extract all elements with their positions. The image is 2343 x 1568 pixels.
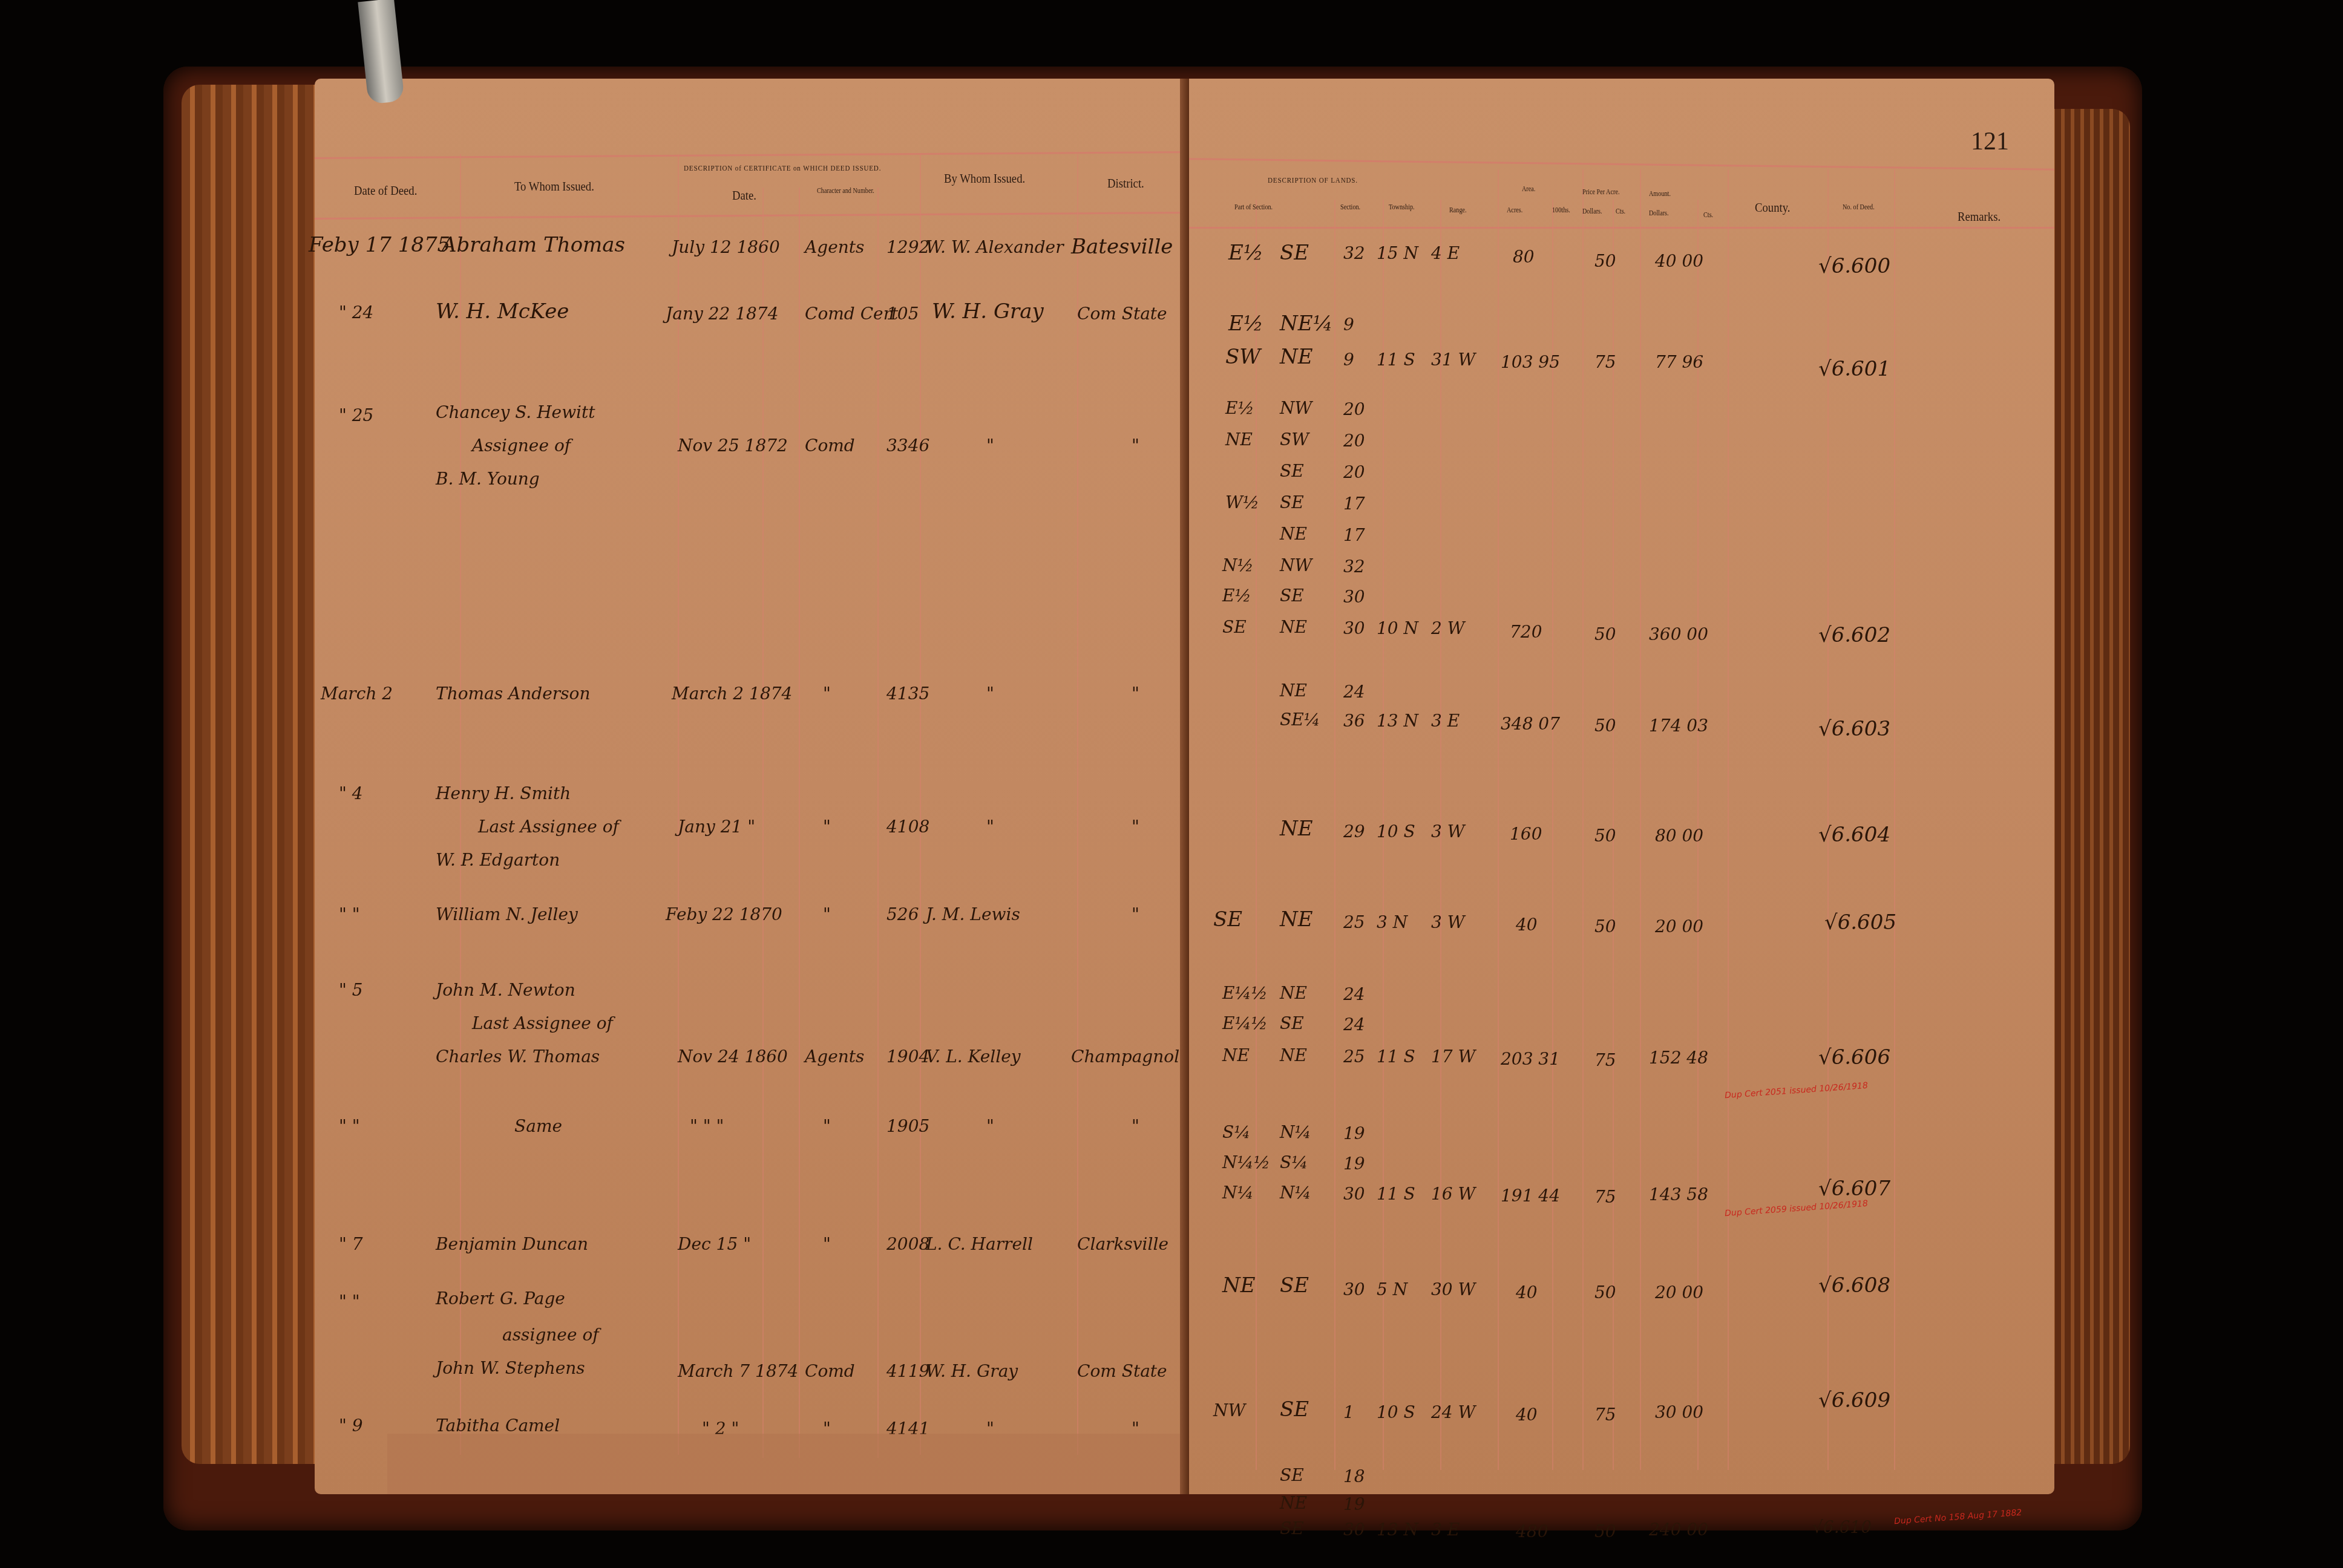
land-section: 25 bbox=[1343, 1047, 1365, 1067]
entry-number: 4119 bbox=[886, 1361, 929, 1381]
land-quarter: SE bbox=[1280, 241, 1309, 265]
land-township: 5 N bbox=[1377, 1279, 1407, 1299]
land-section: 29 bbox=[1343, 822, 1365, 841]
left-page: Date of Deed. To Whom Issued. DESCRIPTIO… bbox=[315, 79, 1186, 1494]
entry-number: 1905 bbox=[886, 1116, 929, 1136]
entry-grantee: Thomas Anderson bbox=[436, 684, 590, 704]
land-amount: 174 03 bbox=[1649, 716, 1708, 736]
land-amount: 152 48 bbox=[1649, 1048, 1708, 1068]
land-quarter: NE bbox=[1280, 617, 1307, 637]
land-part: SE bbox=[1222, 617, 1247, 637]
entry-by-whom: " bbox=[986, 817, 994, 837]
entry-assignor: W. P. Edgarton bbox=[436, 850, 560, 870]
entry-district: " bbox=[1132, 817, 1139, 837]
entry-district: " bbox=[1132, 1116, 1139, 1136]
entry-grantee: Tabitha Camel bbox=[436, 1416, 560, 1436]
land-township: 11 S bbox=[1377, 1184, 1415, 1204]
land-range: 4 E bbox=[1431, 243, 1460, 263]
land-section: 19 bbox=[1343, 1154, 1365, 1174]
column-rule bbox=[678, 154, 679, 1455]
land-range: 31 W bbox=[1431, 350, 1475, 370]
entry-date: " " bbox=[339, 1292, 360, 1312]
land-section: 20 bbox=[1343, 462, 1365, 482]
land-part: E¼½ bbox=[1222, 1013, 1268, 1033]
column-rule bbox=[877, 188, 879, 1458]
header-date-of-deed: Date of Deed. bbox=[354, 183, 417, 198]
land-township: 10 S bbox=[1377, 822, 1415, 841]
land-part: E½ bbox=[1228, 241, 1263, 265]
land-section: 30 bbox=[1343, 587, 1365, 607]
entry-date: " 4 bbox=[339, 783, 363, 803]
land-price: 50 bbox=[1594, 1282, 1616, 1302]
deed-number: √6.607 bbox=[1818, 1177, 1890, 1201]
entry-assignor: B. M. Young bbox=[436, 469, 540, 489]
entry-number: 526 bbox=[886, 904, 919, 924]
folded-page-corner bbox=[387, 1434, 1186, 1494]
land-section: 25 bbox=[1343, 912, 1365, 932]
land-section: 17 bbox=[1343, 494, 1365, 514]
land-amount: 143 58 bbox=[1649, 1184, 1708, 1204]
land-price: 50 bbox=[1594, 916, 1616, 936]
land-part: W½ bbox=[1225, 492, 1259, 512]
land-part: N¼ bbox=[1222, 1183, 1254, 1203]
land-acres: 191 44 bbox=[1501, 1186, 1560, 1206]
land-range: 3 W bbox=[1431, 822, 1465, 841]
entry-grantee: Benjamin Duncan bbox=[436, 1234, 588, 1254]
land-part: E¼½ bbox=[1222, 983, 1268, 1003]
deed-number: √6.606 bbox=[1818, 1045, 1890, 1070]
entry-district: " bbox=[1132, 684, 1139, 704]
land-amount: 360 00 bbox=[1649, 624, 1708, 644]
land-amount: 40 00 bbox=[1655, 251, 1703, 271]
entry-grantee: Chancey S. Hewitt bbox=[436, 402, 595, 422]
entry-date: Feby 17 1875 bbox=[309, 233, 450, 257]
land-section: 30 bbox=[1343, 1520, 1365, 1540]
entry-district: Batesville bbox=[1071, 235, 1173, 259]
land-section: 24 bbox=[1343, 1014, 1365, 1034]
entry-district: Com State bbox=[1077, 1361, 1167, 1381]
land-quarter: NE bbox=[1280, 345, 1313, 369]
entry-by-whom: " bbox=[986, 684, 994, 704]
column-rule bbox=[1077, 154, 1078, 1455]
entry-cert-date: Nov 24 1860 bbox=[678, 1047, 788, 1067]
entry-date: March 2 bbox=[321, 684, 393, 704]
header-cert-date: Date. bbox=[732, 188, 756, 203]
land-quarter: NW bbox=[1280, 555, 1312, 575]
land-price: 75 bbox=[1594, 352, 1616, 372]
entry-assignee-label: Assignee of bbox=[472, 436, 571, 456]
deed-number-value: 6.601 bbox=[1832, 357, 1890, 381]
entry-number: 1292 bbox=[886, 237, 929, 257]
land-quarter: SE bbox=[1280, 1518, 1304, 1538]
land-township: 11 S bbox=[1377, 1047, 1415, 1067]
entry-cert-date: Nov 25 1872 bbox=[678, 436, 788, 456]
land-quarter: SE¼ bbox=[1280, 710, 1320, 730]
entry-assignor: John W. Stephens bbox=[436, 1358, 585, 1378]
entry-date: " 5 bbox=[339, 980, 363, 1000]
land-section: 36 bbox=[1343, 711, 1365, 731]
land-quarter: SE bbox=[1280, 492, 1304, 512]
land-section: 18 bbox=[1343, 1466, 1365, 1486]
entry-cert-date: Jany 21 " bbox=[678, 817, 755, 837]
entry-character: " bbox=[823, 1234, 831, 1254]
deed-number-value: 6.605 bbox=[1838, 910, 1896, 935]
entry-assignee-label: assignee of bbox=[502, 1325, 599, 1345]
entry-cert-date: July 12 1860 bbox=[672, 237, 780, 257]
entry-grantee: Same bbox=[514, 1116, 562, 1136]
entry-by-whom: L. C. Harrell bbox=[926, 1234, 1033, 1254]
entry-by-whom: J. M. Lewis bbox=[926, 904, 1020, 924]
land-section: 24 bbox=[1343, 682, 1365, 702]
land-range: 30 W bbox=[1431, 1279, 1475, 1299]
land-acres: 348 07 bbox=[1501, 714, 1560, 734]
land-part: N¼½ bbox=[1222, 1152, 1270, 1172]
land-acres: 103 95 bbox=[1501, 352, 1560, 372]
land-township: 13 N bbox=[1377, 1520, 1418, 1540]
land-section: 9 bbox=[1343, 315, 1354, 335]
entry-character: Agents bbox=[805, 1047, 864, 1067]
land-township: 15 N bbox=[1377, 243, 1418, 263]
land-amount: 20 00 bbox=[1655, 916, 1703, 936]
entry-character: " bbox=[823, 904, 831, 924]
header-character-number: Character and Number. bbox=[817, 186, 874, 195]
land-price: 50 bbox=[1594, 716, 1616, 736]
land-section: 1 bbox=[1343, 1402, 1354, 1422]
entry-by-whom: " bbox=[986, 436, 994, 456]
page-edges-right bbox=[2045, 109, 2130, 1464]
entry-date: " 7 bbox=[339, 1234, 363, 1254]
land-acres: 480 bbox=[1516, 1521, 1548, 1541]
entry-character: " bbox=[823, 1116, 831, 1136]
land-amount: 77 96 bbox=[1655, 352, 1703, 372]
land-range: 3 W bbox=[1431, 912, 1465, 932]
land-acres: 720 bbox=[1510, 622, 1542, 642]
land-quarter: NE¼ bbox=[1280, 312, 1333, 336]
entry-district: " bbox=[1132, 436, 1139, 456]
deed-number-value: 6.609 bbox=[1832, 1388, 1890, 1413]
header-certificate-group: DESCRIPTION of CERTIFICATE on WHICH DEED… bbox=[684, 163, 881, 173]
entry-character: Agents bbox=[805, 237, 864, 257]
land-range: 17 W bbox=[1431, 1047, 1475, 1067]
entry-date: " " bbox=[339, 1116, 360, 1136]
land-section: 30 bbox=[1343, 1184, 1365, 1204]
entry-grantee: W. H. McKee bbox=[436, 299, 569, 324]
entry-district: " bbox=[1132, 904, 1139, 924]
land-price: 75 bbox=[1594, 1187, 1616, 1207]
land-part: E½ bbox=[1222, 586, 1251, 606]
land-quarter: SE bbox=[1280, 1465, 1304, 1485]
land-price: 75 bbox=[1594, 1050, 1616, 1070]
land-township: 11 S bbox=[1377, 350, 1415, 370]
entry-character: Comd bbox=[805, 1361, 855, 1381]
land-quarter: SE bbox=[1280, 586, 1304, 606]
land-section: 19 bbox=[1343, 1123, 1365, 1143]
land-section: 20 bbox=[1343, 431, 1365, 451]
land-township: 3 N bbox=[1377, 912, 1407, 932]
land-township: 10 S bbox=[1377, 1402, 1415, 1422]
land-price: 50 bbox=[1594, 1521, 1616, 1541]
land-quarter: SE bbox=[1280, 1273, 1309, 1298]
land-quarter: NE bbox=[1280, 1045, 1307, 1065]
header-by-whom-issued: By Whom Issued. bbox=[944, 171, 1025, 186]
land-part: NE bbox=[1222, 1045, 1250, 1065]
land-amount: 80 00 bbox=[1655, 826, 1703, 846]
entry-cert-date: March 2 1874 bbox=[672, 684, 792, 704]
land-quarter: NE bbox=[1280, 817, 1313, 841]
land-quarter: NW bbox=[1280, 398, 1312, 418]
entry-assignee-label: Last Assignee of bbox=[472, 1013, 613, 1033]
deed-number-value: 6.607 bbox=[1832, 1177, 1890, 1201]
land-section: 32 bbox=[1343, 243, 1365, 263]
page-edges-left bbox=[182, 85, 321, 1464]
land-section: 19 bbox=[1343, 1494, 1365, 1514]
land-section: 24 bbox=[1343, 984, 1365, 1004]
deed-number: √6.602 bbox=[1818, 623, 1890, 647]
deed-number: √6.610 bbox=[1812, 1517, 1872, 1537]
land-part: NW bbox=[1213, 1400, 1245, 1420]
entry-number: 2008 bbox=[886, 1234, 929, 1254]
entry-number: 4135 bbox=[886, 684, 929, 704]
entry-grantee: Henry H. Smith bbox=[436, 783, 571, 803]
deed-number: √6.608 bbox=[1818, 1273, 1890, 1298]
entry-by-whom: V. L. Kelley bbox=[926, 1047, 1021, 1067]
right-page: 121 DESCRIPTION OF LANDS. Part of Sectio… bbox=[1189, 79, 2054, 1494]
land-price: 75 bbox=[1594, 1405, 1616, 1425]
land-part: SE bbox=[1213, 907, 1242, 932]
land-part: E½ bbox=[1228, 312, 1263, 336]
land-quarter: NE bbox=[1280, 524, 1307, 544]
entry-by-whom: " bbox=[986, 1116, 994, 1136]
deed-number-value: 6.600 bbox=[1832, 254, 1890, 278]
land-section: 17 bbox=[1343, 525, 1365, 545]
land-quarter: NE bbox=[1280, 681, 1307, 701]
land-quarter: SW bbox=[1280, 430, 1309, 449]
land-quarter: NE bbox=[1280, 983, 1307, 1003]
deed-number-value: 6.603 bbox=[1832, 717, 1890, 741]
deed-number: √6.601 bbox=[1818, 357, 1890, 381]
land-quarter: NE bbox=[1280, 907, 1313, 932]
land-part: N½ bbox=[1222, 555, 1254, 575]
land-acres: 80 bbox=[1513, 247, 1535, 267]
land-range: 3 E bbox=[1431, 711, 1460, 731]
column-rule bbox=[799, 188, 800, 1458]
entry-cert-date: March 7 1874 bbox=[678, 1361, 798, 1381]
deed-number: √6.600 bbox=[1818, 254, 1890, 278]
land-part: NE bbox=[1222, 1273, 1256, 1298]
entry-number: 4108 bbox=[886, 817, 929, 837]
land-part: NE bbox=[1225, 430, 1253, 449]
entry-assignee-label: Last Assignee of bbox=[478, 817, 619, 837]
entry-cert-date: Dec 15 " bbox=[678, 1234, 751, 1254]
land-acres: 40 bbox=[1516, 1282, 1538, 1302]
land-section: 20 bbox=[1343, 399, 1365, 419]
deed-number-value: 6.602 bbox=[1832, 623, 1890, 647]
entry-grantee: William N. Jelley bbox=[436, 904, 578, 924]
land-acres: 203 31 bbox=[1501, 1049, 1560, 1069]
land-section: 30 bbox=[1343, 618, 1365, 638]
entry-grantee: Abraham Thomas bbox=[442, 233, 625, 257]
red-remark-note: Dup Cert 2059 issued 10/26/1918 bbox=[1725, 1199, 1869, 1219]
deed-number-value: 6.604 bbox=[1832, 823, 1890, 847]
land-part: SW bbox=[1225, 345, 1260, 369]
red-remark-note: Dup Cert 2051 issued 10/26/1918 bbox=[1725, 1081, 1869, 1101]
land-description-rows: E½ SE 32 15 N 4 E 80 50 40 00 √6.600 E½ … bbox=[1189, 79, 2054, 1494]
entry-character: Comd Cert bbox=[805, 304, 898, 324]
land-quarter: NE bbox=[1280, 1493, 1307, 1513]
deed-number: √6.609 bbox=[1818, 1388, 1890, 1413]
entry-cert-date: Jany 22 1874 bbox=[666, 304, 778, 324]
entry-character: Comd bbox=[805, 436, 855, 456]
land-quarter: SE bbox=[1280, 1397, 1309, 1422]
land-quarter: N¼ bbox=[1280, 1122, 1311, 1142]
land-section: 30 bbox=[1343, 1279, 1365, 1299]
land-quarter: N¼ bbox=[1280, 1183, 1311, 1203]
column-rule bbox=[920, 154, 921, 1455]
deed-number-value: 6.610 bbox=[1823, 1517, 1872, 1537]
header-top-rule bbox=[315, 151, 1186, 159]
land-township: 13 N bbox=[1377, 711, 1418, 731]
column-rule bbox=[460, 154, 461, 1455]
land-range: 3 E bbox=[1431, 1520, 1460, 1540]
land-acres: 40 bbox=[1516, 915, 1538, 935]
entry-date: " 25 bbox=[339, 405, 373, 425]
deed-number: √6.603 bbox=[1818, 717, 1890, 741]
entry-by-whom: W. H. Gray bbox=[932, 299, 1044, 324]
deed-number-value: 6.606 bbox=[1832, 1045, 1890, 1070]
land-quarter: SE bbox=[1280, 461, 1304, 481]
land-amount: 30 00 bbox=[1655, 1402, 1703, 1422]
deed-number: √6.604 bbox=[1818, 823, 1890, 847]
land-range: 2 W bbox=[1431, 618, 1465, 638]
entry-district: Clarksville bbox=[1077, 1234, 1168, 1254]
column-rule bbox=[762, 188, 764, 1458]
land-range: 16 W bbox=[1431, 1184, 1475, 1204]
land-part: E½ bbox=[1225, 398, 1254, 418]
land-part: S¼ bbox=[1222, 1122, 1250, 1142]
land-section: 9 bbox=[1343, 350, 1354, 370]
land-price: 50 bbox=[1594, 251, 1616, 271]
land-quarter: SE bbox=[1280, 1013, 1304, 1033]
land-range: 24 W bbox=[1431, 1402, 1475, 1422]
entry-number: 105 bbox=[886, 304, 919, 324]
entry-grantee: John M. Newton bbox=[436, 980, 575, 1000]
deed-number-value: 6.608 bbox=[1832, 1273, 1890, 1298]
land-township: 10 N bbox=[1377, 618, 1418, 638]
entry-assignor: Charles W. Thomas bbox=[436, 1047, 600, 1067]
entry-by-whom: W. H. Gray bbox=[926, 1361, 1018, 1381]
entry-by-whom: W. W. Alexander bbox=[926, 237, 1064, 257]
entry-date: " " bbox=[339, 904, 360, 924]
land-price: 50 bbox=[1594, 826, 1616, 846]
entry-district: Champagnolle bbox=[1071, 1047, 1195, 1067]
land-price: 50 bbox=[1594, 624, 1616, 644]
entry-date: " 24 bbox=[339, 302, 373, 322]
entry-cert-date: " " " bbox=[690, 1116, 724, 1136]
entry-district: Com State bbox=[1077, 304, 1167, 324]
entry-number: 1904 bbox=[886, 1047, 929, 1067]
entry-cert-date: Feby 22 1870 bbox=[666, 904, 782, 924]
header-district: District. bbox=[1107, 175, 1144, 191]
entry-character: " bbox=[823, 684, 831, 704]
land-acres: 160 bbox=[1510, 824, 1542, 844]
entry-character: " bbox=[823, 817, 831, 837]
land-amount: 240 00 bbox=[1649, 1520, 1708, 1540]
land-acres: 40 bbox=[1516, 1405, 1538, 1425]
entry-date: " 9 bbox=[339, 1416, 363, 1436]
land-amount: 20 00 bbox=[1655, 1282, 1703, 1302]
header-to-whom-issued: To Whom Issued. bbox=[514, 178, 594, 194]
land-section: 32 bbox=[1343, 557, 1365, 577]
land-quarter: S¼ bbox=[1280, 1152, 1308, 1172]
deed-number: √6.605 bbox=[1824, 910, 1896, 935]
header-bottom-rule bbox=[315, 212, 1186, 220]
entry-number: 3346 bbox=[886, 436, 929, 456]
entry-grantee: Robert G. Page bbox=[436, 1289, 565, 1308]
